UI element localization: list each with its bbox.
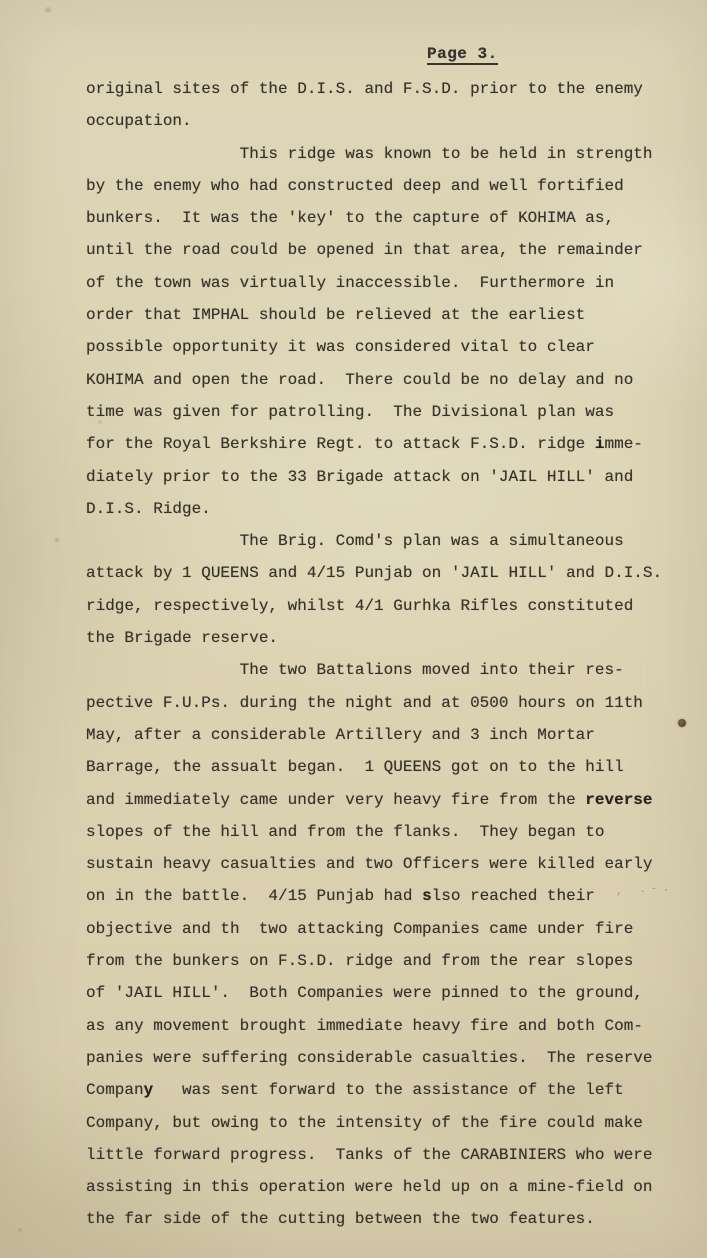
text-line: pective F.U.Ps. during the night and at … [86,687,686,719]
text-line: as any movement brought immediate heavy … [86,1010,686,1042]
text-line: The Brig. Comd's plan was a simultaneous [86,525,686,557]
text-segment: lso reached their [432,887,595,905]
text-line: Barrage, the assualt began. 1 QUEENS got… [86,751,686,783]
text-line: of the town was virtually inaccessible. … [86,267,686,299]
text-line: of 'JAIL HILL'. Both Companies were pinn… [86,977,686,1009]
text-line: ridge, respectively, whilst 4/1 Gurhka R… [86,590,686,622]
text-segment: mme- [605,435,643,453]
text-line: bunkers. It was the 'key' to the capture… [86,202,686,234]
ink-spot [678,719,686,727]
text-line: objective and th two attacking Companies… [86,913,686,945]
text-line: on in the battle. 4/15 Punjab had slso r… [86,880,686,912]
page-number: Page 3. [427,45,498,65]
text-line: little forward progress. Tanks of the CA… [86,1139,686,1171]
text-line: Company was sent forward to the assistan… [86,1074,686,1106]
text-line: The two Battalions moved into their res- [86,654,686,686]
text-line: attack by 1 QUEENS and 4/15 Punjab on 'J… [86,557,686,589]
overstruck-text: reverse [585,791,652,809]
overstruck-text: y [144,1081,154,1099]
document-lines: original sites of the D.I.S. and F.S.D. … [86,73,686,1236]
text-line: the Brigade reserve. [86,622,686,654]
text-line: assisting in this operation were held up… [86,1171,686,1203]
text-line: sustain heavy casualties and two Officer… [86,848,686,880]
text-segment: and immediately came under very heavy fi… [86,791,585,809]
text-segment: on in the battle. 4/15 Punjab had [86,887,422,905]
text-line: for the Royal Berkshire Regt. to attack … [86,428,686,460]
text-line: original sites of the D.I.S. and F.S.D. … [86,73,686,105]
text-line: the far side of the cutting between the … [86,1203,686,1235]
text-segment: Compan [86,1081,144,1099]
text-line: KOHIMA and open the road. There could be… [86,364,686,396]
text-line: Company, but owing to the intensity of t… [86,1107,686,1139]
text-line: time was given for patrolling. The Divis… [86,396,686,428]
text-line: occupation. [86,105,686,137]
text-line: This ridge was known to be held in stren… [86,138,686,170]
text-line: May, after a considerable Artillery and … [86,719,686,751]
text-line: order that IMPHAL should be relieved at … [86,299,686,331]
document-page: Page 3. original sites of the D.I.S. and… [0,0,707,1258]
text-line: and immediately came under very heavy fi… [86,784,686,816]
text-line: D.I.S. Ridge. [86,493,686,525]
text-line: until the road could be opened in that a… [86,234,686,266]
text-line: by the enemy who had constructed deep an… [86,170,686,202]
text-line: panies were suffering considerable casua… [86,1042,686,1074]
overstruck-text: s [422,887,432,905]
text-segment: for the Royal Berkshire Regt. to attack … [86,435,595,453]
text-line: diately prior to the 33 Brigade attack o… [86,461,686,493]
text-line: possible opportunity it was considered v… [86,331,686,363]
text-segment: was sent forward to the assistance of th… [153,1081,623,1099]
overstruck-text: i [595,435,605,453]
text-line: slopes of the hill and from the flanks. … [86,816,686,848]
text-line: from the bunkers on F.S.D. ridge and fro… [86,945,686,977]
